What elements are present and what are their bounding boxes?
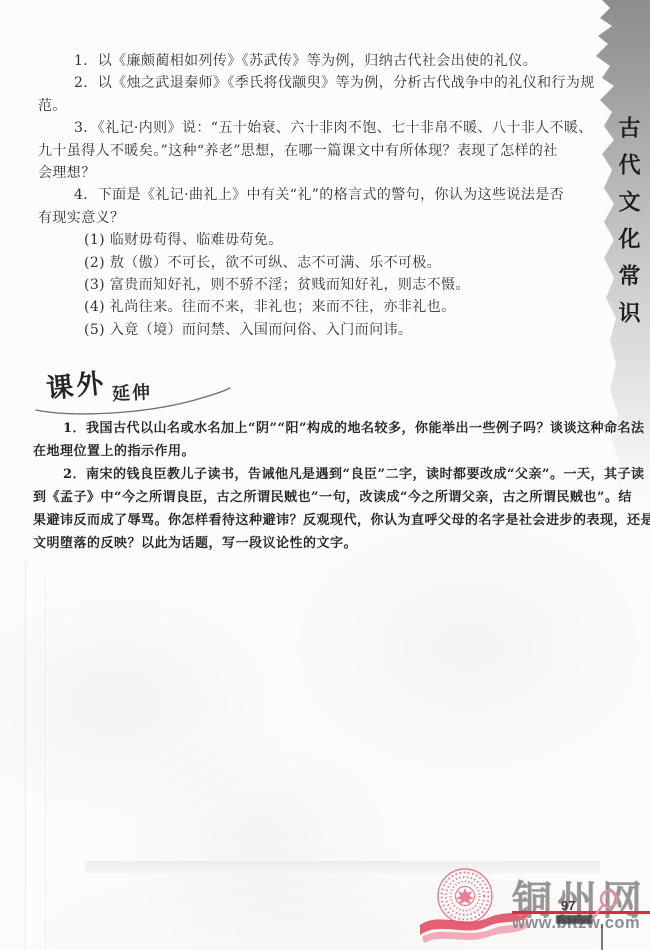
exercise-line: (3) 富贵而知好礼，则不骄不淫；贫贱而知好礼，则志不慑。	[38, 274, 604, 296]
exercise-line: 会理想？	[38, 162, 604, 184]
exercise-line: 1．以《廉颇蔺相如列传》《苏武传》等为例，归纳古代社会出使的礼仪。	[38, 50, 604, 72]
extension-line: 文明堕落的反映？以此为话题，写一段议论性的文字。	[33, 532, 619, 555]
exercise-line: (5) 入竟（境）而问禁、入国而问俗、入门而问讳。	[38, 319, 604, 341]
extension-line: 2．南宋的钱良臣教儿子读书，告诫他凡是遇到“良臣”二字，读时都要改成“父亲”。一…	[33, 463, 619, 486]
section-header-extension: 课外 延伸	[40, 362, 240, 414]
exercise-line: 有现实意义？	[38, 207, 604, 229]
ink-smudge	[556, 915, 592, 924]
extension-questions: 1．我国古代以山名或水名加上“阴”“阳”构成的地名较多，你能举出一些例子吗？谈谈…	[33, 417, 619, 555]
scan-fold-line	[25, 562, 26, 950]
exercise-line: 2．以《烛之武退秦师》《季氏将伐颛臾》等为例，分析古代战争中的礼仪和行为规	[38, 72, 604, 94]
textbook-page: 古代文化常识 1．以《廉颇蔺相如列传》《苏武传》等为例，归纳古代社会出使的礼仪。…	[0, 0, 650, 950]
magnifier-icon	[592, 888, 622, 924]
exercise-line: 3．《礼记·内则》说：“五十始衰、六十非肉不饱、七十非帛不暖、八十非人不暖、	[38, 117, 604, 139]
exercise-line: 九十虽得人不暖矣。”这种“养老”思想，在哪一篇课文中有所体现？表现了怎样的社	[38, 140, 604, 162]
exercise-line: (4) 礼尚往来。往而不来，非礼也；来而不往，亦非礼也。	[38, 296, 604, 318]
section-header-sub: 延伸	[111, 378, 152, 406]
extension-line: 到《孟子》中“今之所谓良臣，古之所谓民贼也”一句，改读成“今之所谓父亲，古之所谓…	[33, 486, 619, 509]
extension-line: 在地理位置上的指示作用。	[33, 440, 619, 463]
extension-line: 1．我国古代以山名或水名加上“阴”“阳”构成的地名较多，你能举出一些例子吗？谈谈…	[33, 417, 619, 440]
exercise-questions: 1．以《廉颇蔺相如列传》《苏武传》等为例，归纳古代社会出使的礼仪。2．以《烛之武…	[38, 50, 604, 341]
scan-fold-line	[45, 575, 46, 950]
exercise-line: 4．下面是《礼记·曲礼上》中有关“礼”的格言式的警句，你认为这些说法是否	[38, 184, 604, 206]
page-number: 97	[561, 898, 575, 913]
exercise-line: 范。	[38, 95, 604, 117]
extension-line: 果避讳反而成了辱骂。你怎样看待这种避讳？反观现代，你认为直呼父母的名字是社会进步…	[33, 509, 619, 532]
exercise-line: (2) 敖（傲）不可长，欲不可纵、志不可满、乐不可极。	[38, 252, 604, 274]
exercise-line: (1) 临财毋苟得、临难毋苟免。	[38, 229, 604, 251]
chapter-side-title: 古代文化常识	[604, 116, 644, 338]
scan-line-artifact	[601, 924, 603, 950]
section-header-main: 课外	[44, 361, 108, 406]
